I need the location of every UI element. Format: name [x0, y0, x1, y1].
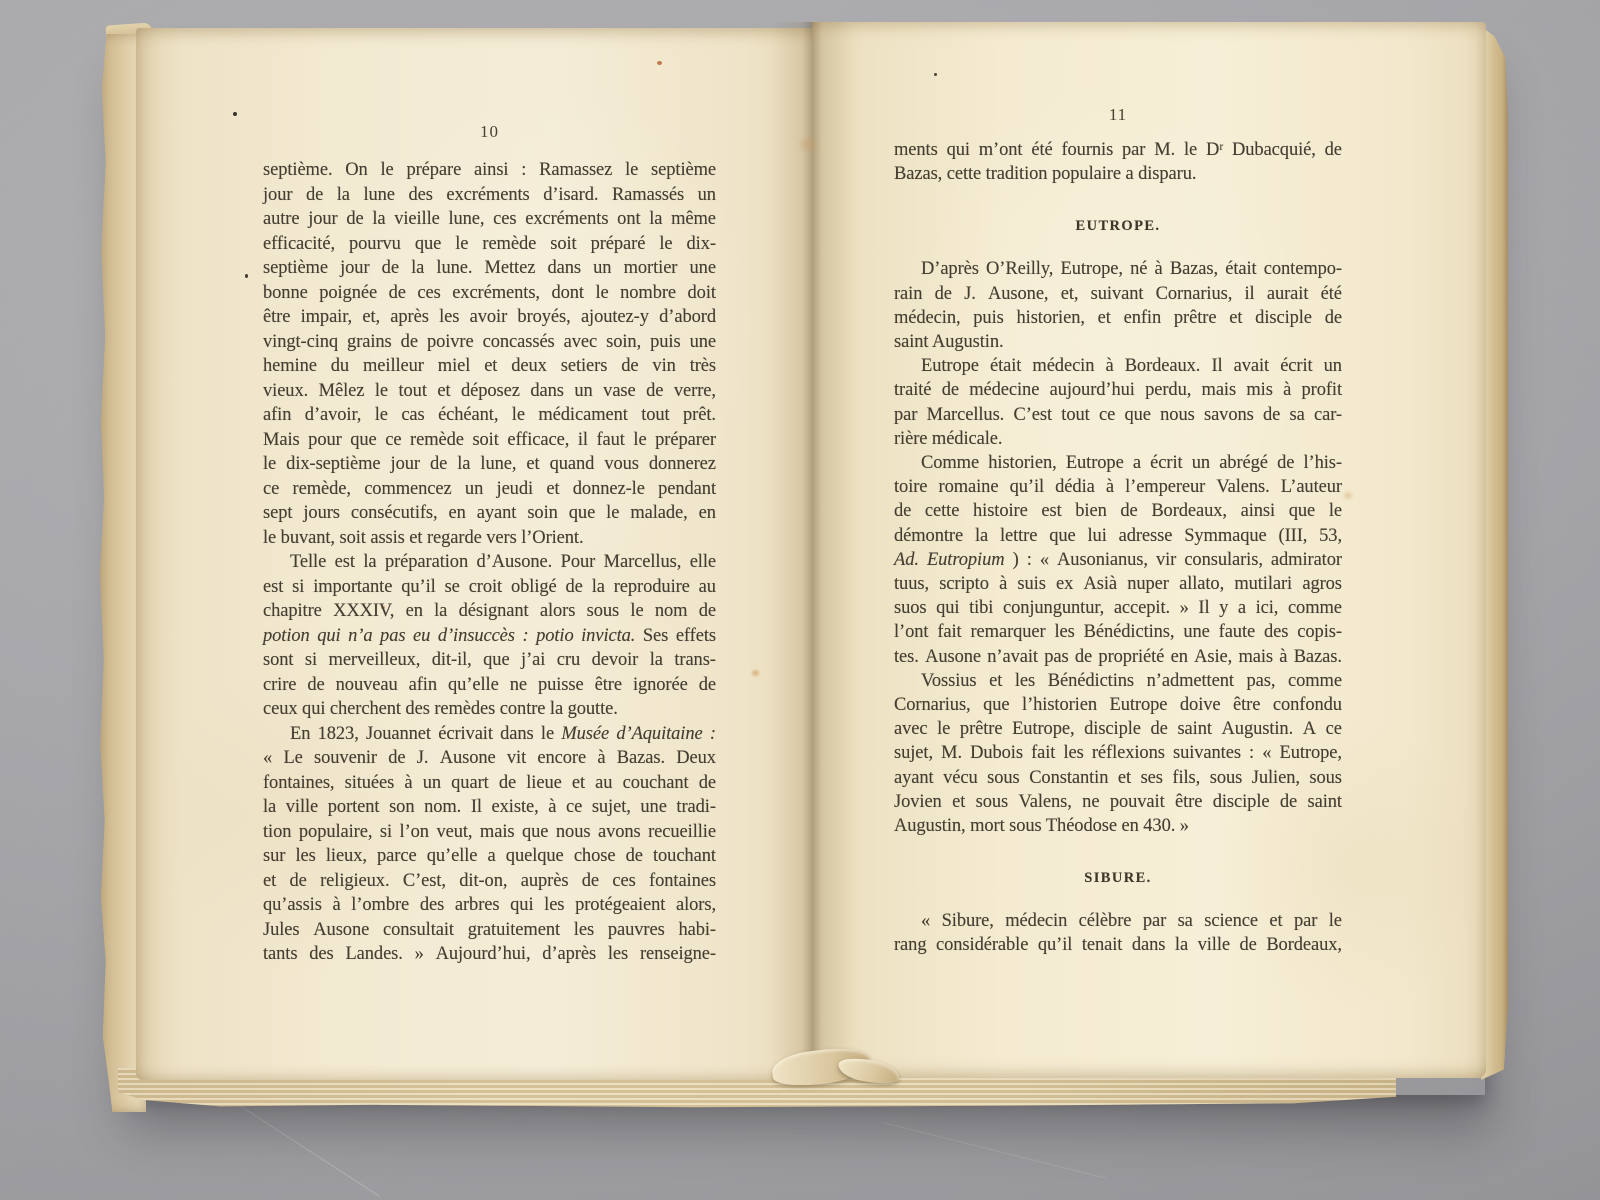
text-line: efficacité,pourvuqueleremèdesoitpréparél…: [263, 232, 716, 257]
text-line: estsiimportantequ’ilsecroitobligédelarep…: [263, 575, 716, 600]
text-line: fontaines,situéesàunquartdelieueetaucouc…: [263, 771, 716, 796]
text-line: lavilleportentsonnom.Ilexiste,àcesujet,u…: [263, 795, 716, 820]
text-line: bonnepoignéedecesexcréments,dontlenombre…: [263, 281, 716, 306]
text-line: VossiusetlesBénédictinsn’admettentpas,co…: [894, 669, 1342, 693]
text-line: septièmejourdelalune.Mettezdansunmortier…: [263, 256, 716, 281]
text-line: etdereligieux.C’est,dit-on,auprèsdecesfo…: [263, 869, 716, 894]
text-line: qu’assisàl’ombredesarbresquilesprotégeai…: [263, 893, 716, 918]
text-line: decettehistoireestbiendeBordeaux,ainsiqu…: [894, 499, 1342, 523]
page-number-left: 10: [263, 122, 716, 142]
text-line: Commehistorien,Eutropeaécritunabrégédel’…: [894, 451, 1342, 475]
text-line: tuus,scriptoàsuisexAsiànuperallato,mutil…: [894, 572, 1342, 596]
text-line: vieux.Mêlezletoutetdéposezdansunvasedeve…: [263, 379, 716, 404]
text-line: heminedumeilleurmieletdeuxsetiersdevintr…: [263, 354, 716, 379]
page-left-text: septième.Onleprépareainsi:Ramassezlesept…: [263, 158, 716, 967]
text-line: sujet,M.Duboisfaitlesréflexionssuivantes…: [894, 741, 1342, 765]
text-line: avecleprêtreEutrope,discipledesaintAugus…: [894, 717, 1342, 741]
text-line: mentsquim’ontétéfournisparM.leDʳDubacqui…: [894, 138, 1342, 162]
text-line: septième.Onleprépareainsi:Ramassezlesept…: [263, 158, 716, 183]
text-line: rière médicale.: [894, 427, 1342, 451]
text-line: ayantvécusousConstantinetsesfils,sousJul…: [894, 766, 1342, 790]
text-line: traitédemédecineaujourd’huiperdu,maismis…: [894, 378, 1342, 402]
surface-scratch: [883, 1122, 1106, 1179]
text-line: Telleestlapréparationd’Ausone.PourMarcel…: [263, 550, 716, 575]
text-line: tionpopulaire,sil’onveut,maisquenousavon…: [263, 820, 716, 845]
text-line: tantsdesLandes.»Aujourd’hui,d’aprèslesre…: [263, 942, 716, 967]
text-line: êtreimpair,et,aprèslesavoirbroyés,ajoute…: [263, 305, 716, 330]
text-line: «Sibure,médecincélèbreparsascienceetparl…: [894, 909, 1342, 933]
text-line: potionquin’apaseud’insuccès:potioinvicta…: [263, 624, 716, 649]
text-line: Bazas, cette tradition populaire a dispa…: [894, 162, 1342, 186]
text-line: tes.Ausonen’avaitpasdepropriétéenAsie,ma…: [894, 645, 1342, 669]
text-line: jourdelalunedesexcrémentsd’isard.Ramassé…: [263, 183, 716, 208]
text-line: parMarcellus.C’esttoutcequenoussavonsdes…: [894, 403, 1342, 427]
text-line: raindeJ.Ausone,et,suivantCornarius,ilaur…: [894, 282, 1342, 306]
text-line: En1823,JouannetécrivaitdansleMuséed’Aqui…: [263, 722, 716, 747]
text-line: le buvant, soit assis et regarde vers l’…: [263, 526, 716, 551]
text-line: JulesAusoneconsultaitgratuitementlespauv…: [263, 918, 716, 943]
text-line: Augustin, mort sous Théodose en 430. »: [894, 814, 1342, 838]
text-line: septjoursconsécutifs,enayantsoinquelemal…: [263, 501, 716, 526]
text-line: Maispourqueceremèdesoitefficace,ilfautle…: [263, 428, 716, 453]
text-line: ceux qui cherchent des remèdes contre la…: [263, 697, 716, 722]
text-line: criredenouveauafinqu’ellenepuisseêtreign…: [263, 673, 716, 698]
text-line: D’aprèsO’Reilly,Eutrope,néàBazas,étaitco…: [894, 257, 1342, 281]
text-line: médecin,puishistorien,etenfinprêtreetdis…: [894, 306, 1342, 330]
text-line: saint Augustin.: [894, 330, 1342, 354]
text-line: ledix-septièmejourdelalune,etquandvousdo…: [263, 452, 716, 477]
text-line: surleslieux,parcequ’elleaquelquechosedet…: [263, 844, 716, 869]
page-right-text: mentsquim’ontétéfournisparM.leDʳDubacqui…: [894, 138, 1342, 958]
text-line: Ad.Eutropium):«Ausonianus,virconsularis,…: [894, 548, 1342, 572]
text-line: toireromainequ’ildédiaàl’empereurValens.…: [894, 475, 1342, 499]
text-line: afind’avoir,lecaséchéant,lemédicamenttou…: [263, 403, 716, 428]
text-line: chapitreXXXIV,enladésignantalorssousleno…: [263, 599, 716, 624]
text-line: l’ontfaitremarquerlesBénédictins,unefaut…: [894, 620, 1342, 644]
text-line: Cornarius,quel’historienEutropedoiveêtre…: [894, 693, 1342, 717]
text-line: JovienetsousValens,nepouvaitêtredisciple…: [894, 790, 1342, 814]
text-line: démontrelalettrequeluiadresseSymmaque(II…: [894, 524, 1342, 548]
text-line: suosquitibiconjunguntur,accepit.»Ilyaici…: [894, 596, 1342, 620]
text-line: «LesouvenirdeJ.AusonevitencoreàBazas.Deu…: [263, 746, 716, 771]
section-heading: SIBURE.: [894, 868, 1342, 888]
text-line: sontsimerveilleux,dit-il,quej’aicrudevoi…: [263, 648, 716, 673]
section-heading: EUTROPE.: [894, 216, 1342, 236]
text-line: vingt-cinqgrainsdepoivreconcassésavecsoi…: [263, 330, 716, 355]
page-number-right: 11: [894, 105, 1342, 125]
text-line: EutropeétaitmédecinàBordeaux.Ilavaitécri…: [894, 354, 1342, 378]
text-line: autrejourdelavieillelune,cesexcrémentson…: [263, 207, 716, 232]
photo-background: 10 11 septième.Onleprépareainsi:Ramassez…: [0, 0, 1600, 1200]
text-line: ceremède,commencezunjeudietdonnez-lepend…: [263, 477, 716, 502]
text-line: rangconsidérablequ’iltenaitdanslavillede…: [894, 933, 1342, 957]
